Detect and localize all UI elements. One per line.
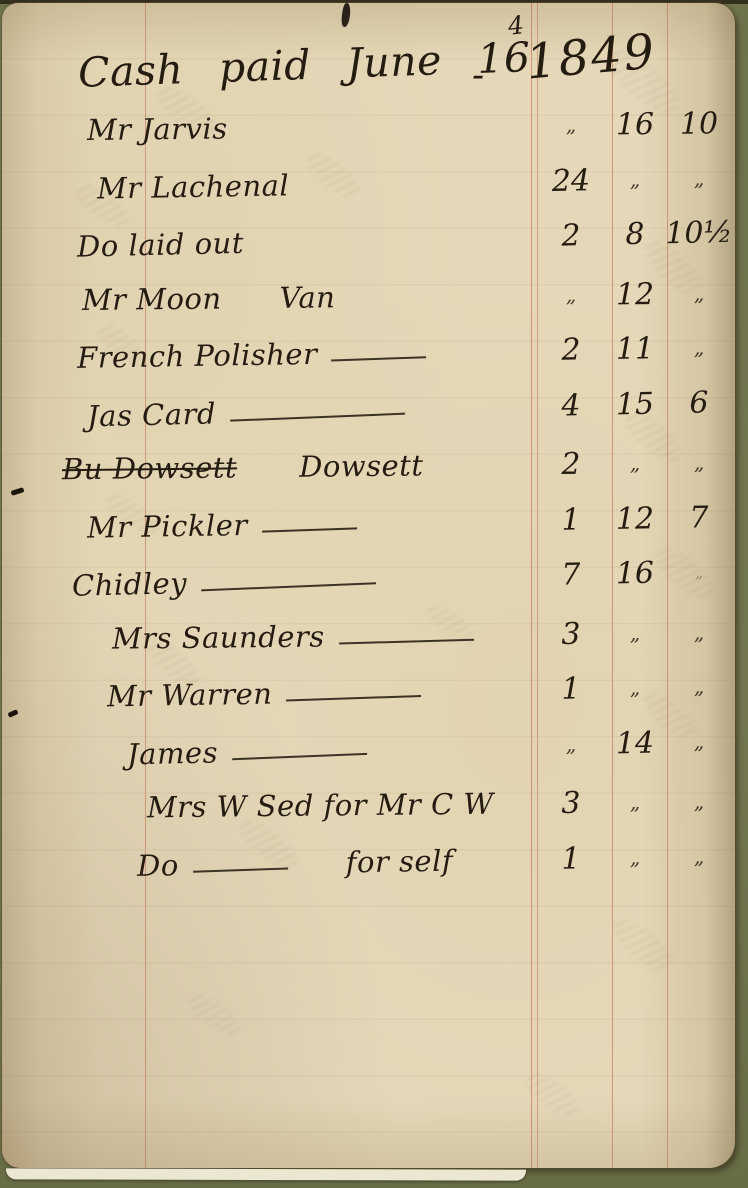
payee-name: Do laid out xyxy=(77,226,245,264)
shillings-amount: 14 xyxy=(606,725,665,761)
header-year: 1849 xyxy=(524,23,659,90)
crossed-out-name: Bu Dowsett xyxy=(62,451,237,487)
pence-amount: „ xyxy=(663,281,735,306)
ruled-dash xyxy=(331,356,426,361)
shillings-amount: 15 xyxy=(606,386,665,422)
payee-name: French Polisher xyxy=(77,337,318,375)
shillings-amount: „ xyxy=(606,790,664,815)
pence-amount: „ xyxy=(663,166,735,191)
ruled-dash xyxy=(339,638,474,644)
shillings-amount: 8 xyxy=(606,216,665,252)
payee-name-secondary: for self xyxy=(345,843,453,879)
shillings-amount: 12 xyxy=(606,276,664,312)
ruled-dash xyxy=(262,527,357,532)
pounds-amount: 4 xyxy=(538,387,605,423)
payee-name-secondary: Dowsett xyxy=(299,449,424,484)
ledger-row: Mr Moon Van „ 12 „ xyxy=(2,265,736,329)
shillings-amount: 11 xyxy=(606,331,665,367)
pounds-amount: „ xyxy=(538,731,605,756)
header-title: Cash paid June 16 xyxy=(77,33,531,97)
pence-amount: 10½ xyxy=(663,214,736,251)
payee-name: Mr Warren xyxy=(107,677,273,714)
pence-amount: „ xyxy=(663,674,735,699)
payee-name: Chidley xyxy=(72,566,188,603)
payee-name: Jas Card xyxy=(87,396,217,433)
shillings-amount: 16 xyxy=(606,107,664,143)
shillings-amount: „ xyxy=(606,845,664,870)
ledger-row: Bu Dowsett Dowsett 2 „ „ xyxy=(2,434,736,498)
pence-amount: „ xyxy=(663,844,735,869)
payee-name: Do xyxy=(137,848,179,883)
underlying-page-edge xyxy=(6,1168,526,1180)
pence-amount: „ xyxy=(663,728,736,754)
pounds-amount: 3 xyxy=(538,785,604,821)
pounds-amount: 2 xyxy=(538,217,605,253)
bleed-through-mark xyxy=(520,1065,583,1122)
pence-amount: „ xyxy=(663,620,735,645)
pence-amount: „ xyxy=(663,335,735,360)
payee-name: Mrs W Sed for Mr C W xyxy=(147,787,494,825)
payee-name: Mrs Saunders xyxy=(112,619,325,655)
pence-amount: 7 xyxy=(663,499,736,535)
pence-amount: 10 xyxy=(663,106,735,142)
pounds-amount: 1 xyxy=(538,671,605,707)
payee-name: James xyxy=(127,735,219,771)
shillings-amount: 16 xyxy=(606,555,665,591)
bleed-through-mark xyxy=(183,988,246,1043)
pounds-amount: „ xyxy=(538,113,604,138)
pounds-amount: 24 xyxy=(538,162,605,198)
ruled-dash xyxy=(201,583,376,592)
ledger-row: Do for self 1 „ „ xyxy=(2,827,736,896)
payee-name: Mr Moon xyxy=(82,281,222,316)
ruled-dash xyxy=(230,412,405,421)
shillings-amount: 12 xyxy=(606,500,665,536)
shillings-amount: „ xyxy=(606,451,664,476)
payee-name: Mr Pickler xyxy=(87,508,248,545)
header-dash: - xyxy=(472,55,485,96)
ledger-page: Cash paid June 16 4 - 1849 Mr Jarvis „ 1… xyxy=(2,3,735,1168)
pounds-amount: 7 xyxy=(538,556,605,592)
shillings-amount: „ xyxy=(606,167,664,192)
ink-blot xyxy=(340,3,351,28)
shillings-amount: „ xyxy=(606,621,664,646)
ruled-dash xyxy=(193,867,288,872)
payee-name: Mr Lachenal xyxy=(97,168,290,205)
ledger-row: Mrs Saunders 3 „ „ xyxy=(2,604,736,668)
bleed-through-mark xyxy=(607,911,681,980)
pounds-amount: „ xyxy=(538,282,604,307)
pounds-amount: 1 xyxy=(538,840,605,876)
pence-amount: „ xyxy=(663,789,735,814)
payee-name: Mr Jarvis xyxy=(87,112,228,147)
pounds-amount: 2 xyxy=(538,332,605,368)
pounds-amount: 1 xyxy=(538,501,605,537)
pence-amount: „ xyxy=(663,561,735,582)
pounds-amount: 3 xyxy=(538,616,604,652)
entries: Mr Jarvis „ 16 10 Mr Lachenal 24 „ „ Do … xyxy=(2,99,735,890)
pence-amount: 6 xyxy=(663,384,736,421)
ruled-dash xyxy=(232,753,367,760)
pence-amount: „ xyxy=(663,450,735,475)
shillings-amount: „ xyxy=(606,675,664,700)
pounds-amount: 2 xyxy=(538,446,604,482)
payee-name-secondary: Van xyxy=(279,280,335,315)
ruled-dash xyxy=(287,695,422,702)
ledger-row: Mr Jarvis „ 16 10 xyxy=(2,95,736,159)
ledger-row: Mrs W Sed for Mr C W 3 „ „ xyxy=(2,773,736,837)
